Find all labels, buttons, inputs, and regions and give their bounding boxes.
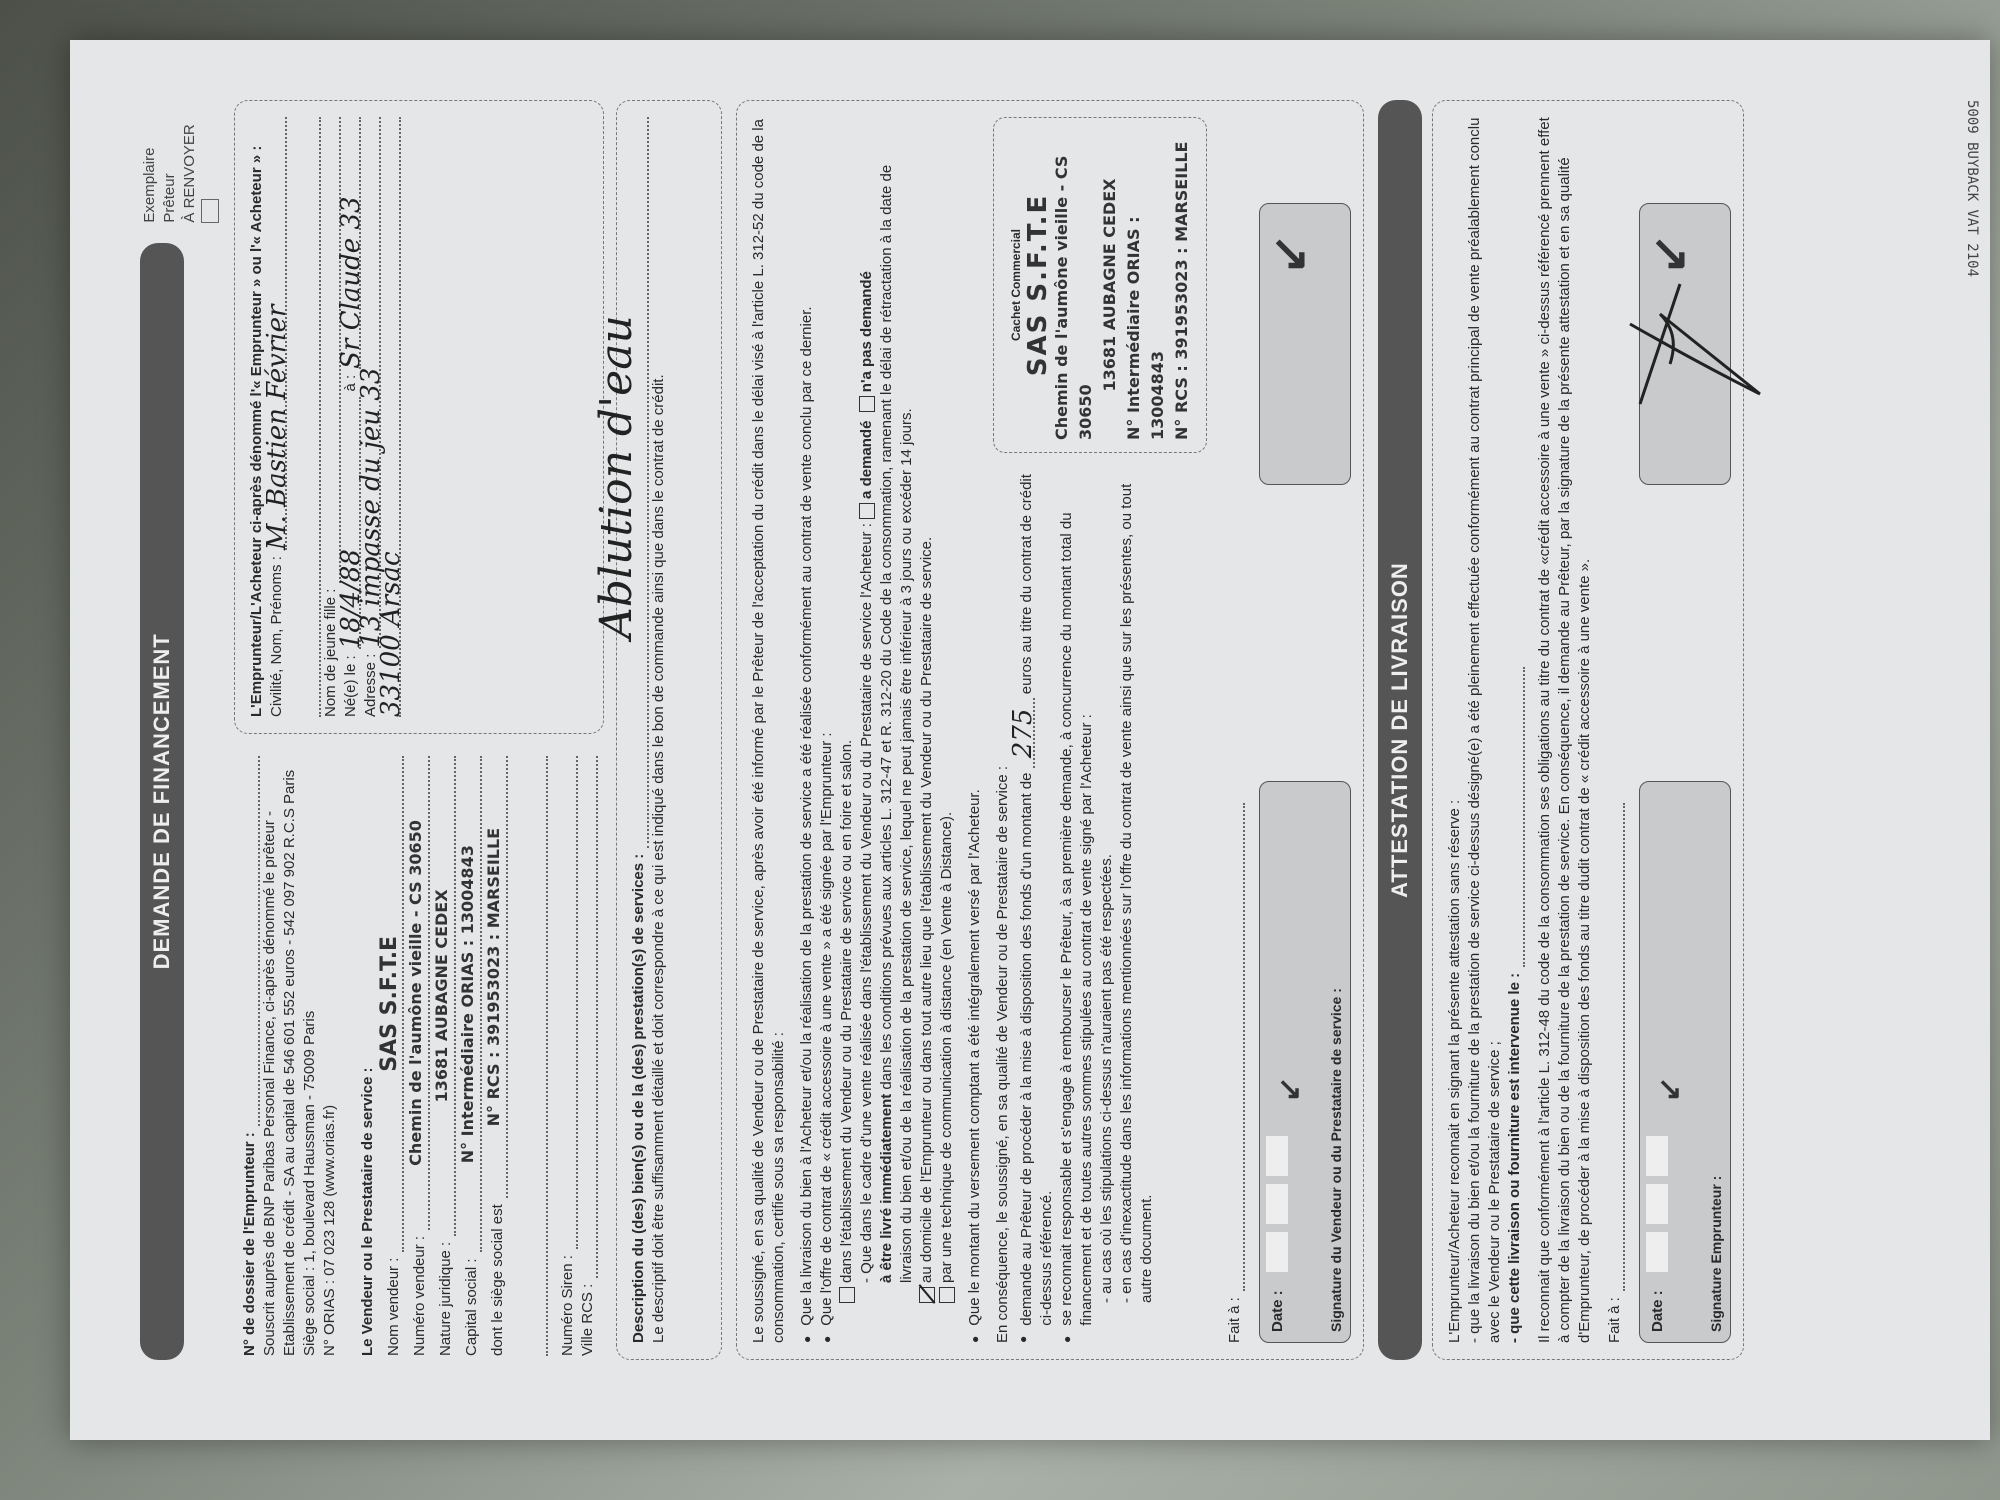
rcs-city-field[interactable] [578, 756, 598, 1278]
form-code: 5009 BUYBACK VAT 2104 [1964, 100, 1980, 277]
borrower-signature-scribble [1620, 264, 1770, 424]
certification-bullet-offer: Que l'offre de contrat de « crédit acces… [817, 732, 837, 1325]
siren-label: Numéro Siren : [558, 1255, 578, 1356]
vendor-field-label: Capital social : [462, 1258, 482, 1356]
borrower-date-label: Date : [1648, 1290, 1668, 1332]
vendor-field-row: Nature juridique :13681 AUBAGNE CEDEX [430, 756, 456, 1356]
certification-bullet-payment: Que le montant du versement comptant a é… [965, 789, 985, 1326]
delivery-item-2: - que cette livraison ou fourniture est … [1505, 973, 1525, 1343]
form-title: DEMANDE DE FINANCEMENT [140, 243, 184, 1360]
financing-form-sheet: DEMANDE DE FINANCEMENT Exemplaire Prêteu… [70, 40, 1990, 1440]
certification-section: Le soussigné, en sa qualité de Vendeur o… [736, 100, 1364, 1360]
vendor-field-value[interactable]: 13681 AUBAGNE CEDEX [430, 756, 456, 1236]
vendor-field-row: Numéro vendeur :Chemin de l'aumône vieil… [404, 756, 430, 1356]
copy-label: Exemplaire Prêteur [140, 100, 180, 223]
vendor-date-label: Date : [1268, 1290, 1288, 1332]
not-asked-label: n'a pas demandé [858, 271, 875, 392]
borrower-place-label: Fait à : [1605, 1297, 1625, 1343]
lender-subscribed: Souscrit auprès de BNP Paribas Personal … [260, 756, 280, 1356]
arrow-icon: ↙ [1280, 234, 1300, 274]
home-checkbox[interactable] [919, 1287, 935, 1303]
consequence-text: En conséquence, le soussigné, en sa qual… [993, 467, 1013, 1343]
borrower-place-field[interactable] [1605, 803, 1625, 1291]
delivery-intro: L'Emprunteur/Acheteur reconnait en signa… [1445, 117, 1465, 1343]
stamp-city: 13681 AUBAGNE CEDEX [1098, 130, 1122, 440]
born-label: Né(e) le : [341, 655, 361, 717]
vendor-field-row: dont le siège social estN° RCS : 3919530… [482, 756, 508, 1356]
rcs-city-label: Ville RCS : [578, 1284, 598, 1356]
delivery-section: L'Emprunteur/Acheteur reconnait en signa… [1432, 100, 1744, 1360]
lender-seat: Siège social : 1, boulevard Haussman - 7… [300, 756, 320, 1356]
asked-label: a demandé [858, 421, 875, 499]
delivery-paragraph: Il reconnait que conformément à l'articl… [1535, 117, 1595, 1343]
vendor-field-label: Nature juridique : [436, 1242, 456, 1356]
civility-field-line2[interactable] [301, 117, 321, 717]
asked-checkbox[interactable] [859, 503, 875, 519]
arrow-icon: ↙ [1280, 1077, 1300, 1102]
arrow-icon: ↙ [1660, 1077, 1680, 1102]
borrower-section: L'Emprunteur/L'Acheteur ci-après dénommé… [234, 100, 604, 734]
description-note: Le descriptif doit être suffisamment dét… [649, 117, 669, 1343]
vendor-field-row: Nom vendeur :SAS S.F.T.E [378, 756, 404, 1356]
borrower-signature-box[interactable]: Date : Signature Emprunteur : ↙ [1639, 781, 1731, 1343]
fair-clause: - Que dans le cadre d'une vente réalisée… [858, 523, 875, 1283]
address-field-line2[interactable]: 33100 Arsac [381, 117, 401, 717]
vendor-field-label: Nom vendeur : [384, 1258, 404, 1356]
delivery-date-field[interactable] [1505, 667, 1525, 967]
commitment-text: se reconnait responsable et s'engage à r… [1057, 467, 1097, 1326]
amount-field[interactable]: 275 [1013, 698, 1035, 768]
extra-line[interactable] [528, 756, 548, 1356]
dossier-label: N° de dossier de l'Emprunteur : [240, 1132, 260, 1356]
vendor-field-value[interactable]: SAS S.F.T.E [378, 756, 404, 1252]
return-checkbox[interactable] [201, 199, 219, 223]
not-asked-checkbox[interactable] [859, 396, 875, 412]
lender-orias: N° ORIAS : 07 023 128 (www.orias.fr) [320, 756, 340, 1356]
civility-label: Civilité, Nom, Prénoms : [267, 556, 287, 717]
delivery-item-1: - que la livraison du bien et/ou la four… [1465, 117, 1505, 1343]
commitment-case-2: - en cas d'inexactitude dans les informa… [1117, 467, 1157, 1343]
vendor-field-value[interactable]: N° Intermédiaire ORIAS : 13004843 [456, 756, 482, 1252]
lender-vendor-section: N° de dossier de l'Emprunteur : Souscrit… [234, 752, 604, 1360]
borrower-signature-area[interactable]: ↙ [1639, 203, 1731, 485]
borrower-date-field[interactable] [1646, 1136, 1668, 1272]
commercial-stamp: Cachet Commercial SAS S.F.T.E Chemin de … [993, 117, 1207, 453]
dossier-field[interactable] [240, 756, 260, 1126]
copy-indicator: Exemplaire Prêteur À RENVOYER [140, 100, 220, 223]
vendor-fields: Nom vendeur :SAS S.F.T.ENuméro vendeur :… [378, 756, 508, 1356]
vendor-field-row: Capital social :N° Intermédiaire ORIAS :… [456, 756, 482, 1356]
vendor-signature-label: Signature du Vendeur ou du Prestataire d… [1328, 988, 1344, 1332]
description-handwritten: Ablution d'eau [607, 315, 627, 639]
vendor-place-field[interactable] [1225, 803, 1245, 1291]
born-at-field[interactable]: Sr Claude 33 [341, 117, 361, 369]
distance-option: par une technique de communication à dis… [938, 812, 955, 1283]
certification-intro: Le soussigné, en sa qualité de Vendeur o… [749, 117, 789, 1343]
return-label: À RENVOYER [181, 124, 198, 222]
borrower-signature-label: Signature Emprunteur : [1708, 1176, 1724, 1332]
stamp-company: SAS S.F.T.E [1026, 130, 1050, 440]
vendor-date-field[interactable] [1266, 1136, 1288, 1272]
request-text: demande au Prêteur de procéder à la mise… [1018, 773, 1035, 1326]
civility-field[interactable]: M. Bastien Février [267, 117, 287, 550]
vendor-signature-area[interactable]: ↙ [1259, 203, 1351, 485]
siren-field[interactable] [558, 756, 578, 1249]
distance-checkbox[interactable] [939, 1287, 955, 1303]
vendor-field-value[interactable]: N° RCS : 391953023 : MARSEILLE [482, 756, 508, 1198]
immediate-delivery-label: à être livré immédiatement [878, 1094, 895, 1283]
vendor-place-label: Fait à : [1225, 1297, 1245, 1343]
establishment-option: dans l'établissement du Vendeur ou du Pr… [838, 740, 855, 1283]
stamp-orias: N° Intermédiaire ORIAS : 13004843 [1122, 130, 1170, 440]
vendor-heading: Le Vendeur ou le Prestataire de service … [358, 756, 378, 1356]
stamp-rcs: N° RCS : 391953023 : MARSEILLE [1170, 130, 1194, 440]
establishment-checkbox[interactable] [839, 1287, 855, 1303]
vendor-field-value[interactable]: Chemin de l'aumône vieille - CS 30650 [404, 756, 430, 1230]
description-section: Description du (des) bien(s) ou de la (d… [616, 100, 722, 1360]
description-heading: Description du (des) bien(s) ou de la (d… [629, 854, 649, 1343]
stamp-address: Chemin de l'aumône vieille - CS 30650 [1050, 130, 1098, 440]
vendor-field-label: dont le siège social est [488, 1204, 508, 1356]
home-option: au domicile de l'Emprunteur ou dans tout… [918, 537, 935, 1283]
commitment-case-1: - au cas où les stipulations ci-dessus n… [1097, 467, 1117, 1343]
vendor-signature-box[interactable]: Date : Signature du Vendeur ou du Presta… [1259, 781, 1351, 1343]
delivery-title: ATTESTATION DE LIVRAISON [1378, 100, 1422, 1360]
certification-bullet-delivery: Que la livraison du bien à l'Acheteur et… [797, 306, 817, 1325]
lender-establishment: Etablissement de crédit - SA au capital … [280, 756, 300, 1356]
vendor-field-label: Numéro vendeur : [410, 1236, 430, 1356]
